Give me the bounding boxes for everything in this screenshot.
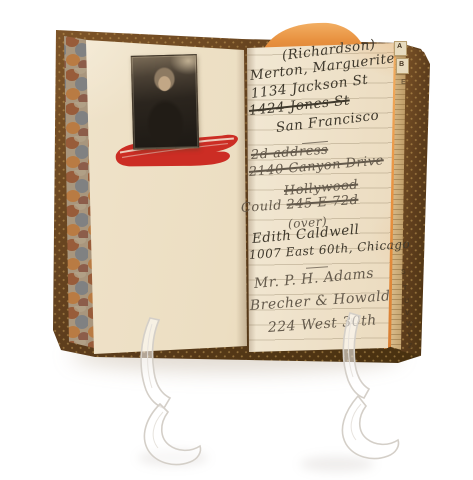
acrylic-display-stand (0, 0, 473, 480)
photograph-scene: (Richardson) Merton, Marguerite 1134 Jac… (0, 0, 473, 480)
